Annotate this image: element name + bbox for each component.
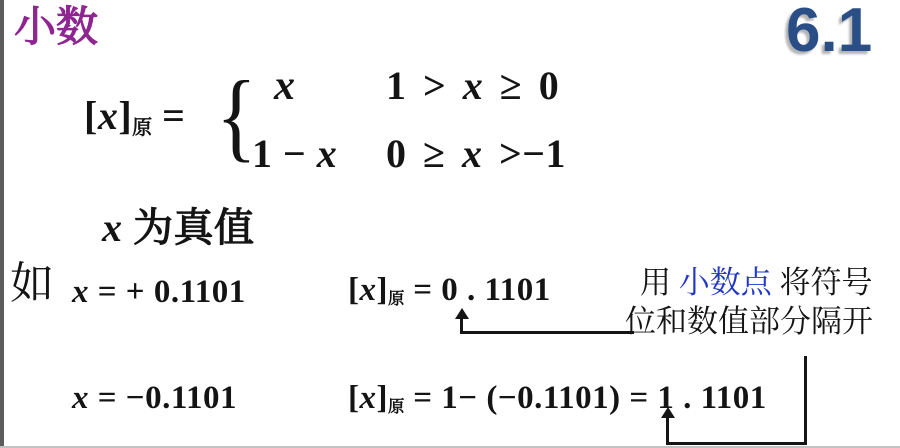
page-title: 小数 bbox=[14, 4, 98, 50]
case1-cond-var: x bbox=[463, 63, 484, 108]
ex1-rest: = 0 . 1101 bbox=[405, 272, 551, 308]
arrow2-stem bbox=[666, 418, 669, 445]
annotation-line1: 用 小数点 将符号 bbox=[640, 264, 873, 301]
example1-given: x = + 0.1101 bbox=[72, 274, 246, 311]
case1-cond-post: ≥ 0 bbox=[483, 63, 559, 108]
truth-var-x: x bbox=[102, 205, 123, 250]
ex2-given-rest: = −0.1101 bbox=[89, 380, 237, 416]
truth-text: 为真值 bbox=[123, 205, 255, 250]
annotation-line2: 位和数值部分隔开 bbox=[625, 303, 873, 340]
ex1-bracket-open: [ bbox=[348, 272, 360, 308]
ex1-var-x: x bbox=[360, 272, 377, 308]
truth-value-note: x 为真值 bbox=[102, 196, 255, 253]
formula-var-x: x bbox=[98, 93, 119, 138]
section-number: 6.1 bbox=[786, 0, 872, 62]
case2-value-pre: 1 − bbox=[252, 131, 317, 176]
example2-result: [x]原 = 1− (−0.1101) = 1 . 1101 bbox=[348, 380, 767, 417]
ex1-given-rest: = + 0.1101 bbox=[89, 274, 246, 310]
annotation-post: 将符号 bbox=[772, 265, 873, 300]
subscript-yuan: 原 bbox=[132, 117, 152, 139]
ex1-subscript-yuan: 原 bbox=[388, 289, 405, 308]
ex2-subscript-yuan: 原 bbox=[388, 397, 405, 416]
case1-value: x bbox=[274, 62, 296, 110]
example2-given: x = −0.1101 bbox=[72, 380, 237, 417]
case2-cond-var: x bbox=[462, 131, 483, 176]
left-edge-strip bbox=[0, 0, 4, 448]
case1-condition: 1 > x ≥ 0 bbox=[386, 62, 559, 109]
slide: 小数 6.1 [x]原= { x 1 > x ≥ 0 1 − x 0 ≥ x >… bbox=[0, 0, 900, 448]
ex2-given-var: x bbox=[72, 380, 89, 416]
case2-cond-post: >−1 bbox=[482, 131, 566, 176]
ex1-given-var: x bbox=[72, 274, 89, 310]
ex1-bracket-close: ] bbox=[377, 272, 389, 308]
formula-lhs: [x]原= bbox=[84, 92, 185, 140]
bracket-close: ] bbox=[118, 93, 132, 138]
piecewise-brace: { bbox=[216, 66, 257, 166]
example1-result: [x]原 = 0 . 1101 bbox=[348, 272, 551, 309]
ex2-rest: = 1− (−0.1101) = 1 . 1101 bbox=[405, 380, 767, 416]
elbow-vertical-from-annotation bbox=[804, 356, 807, 445]
annotation-pre: 用 bbox=[640, 265, 679, 300]
arrow2-up-arrowhead-icon bbox=[661, 407, 675, 418]
annotation-highlight: 小数点 bbox=[679, 265, 772, 300]
case1-cond-pre: 1 > bbox=[386, 63, 463, 108]
case2-value-var: x bbox=[317, 131, 338, 176]
case2-value: 1 − x bbox=[252, 130, 337, 177]
ex2-bracket-open: [ bbox=[348, 380, 360, 416]
elbow-horizontal-line bbox=[666, 442, 807, 445]
example-marker: 如 bbox=[10, 260, 54, 308]
ex2-bracket-close: ] bbox=[377, 380, 389, 416]
arrow1-horizontal-line bbox=[460, 331, 634, 334]
bracket-open: [ bbox=[84, 93, 98, 138]
ex2-var-x: x bbox=[360, 380, 377, 416]
case2-cond-pre: 0 ≥ bbox=[386, 131, 462, 176]
equals-sign: = bbox=[162, 93, 185, 138]
case2-condition: 0 ≥ x >−1 bbox=[386, 130, 566, 177]
